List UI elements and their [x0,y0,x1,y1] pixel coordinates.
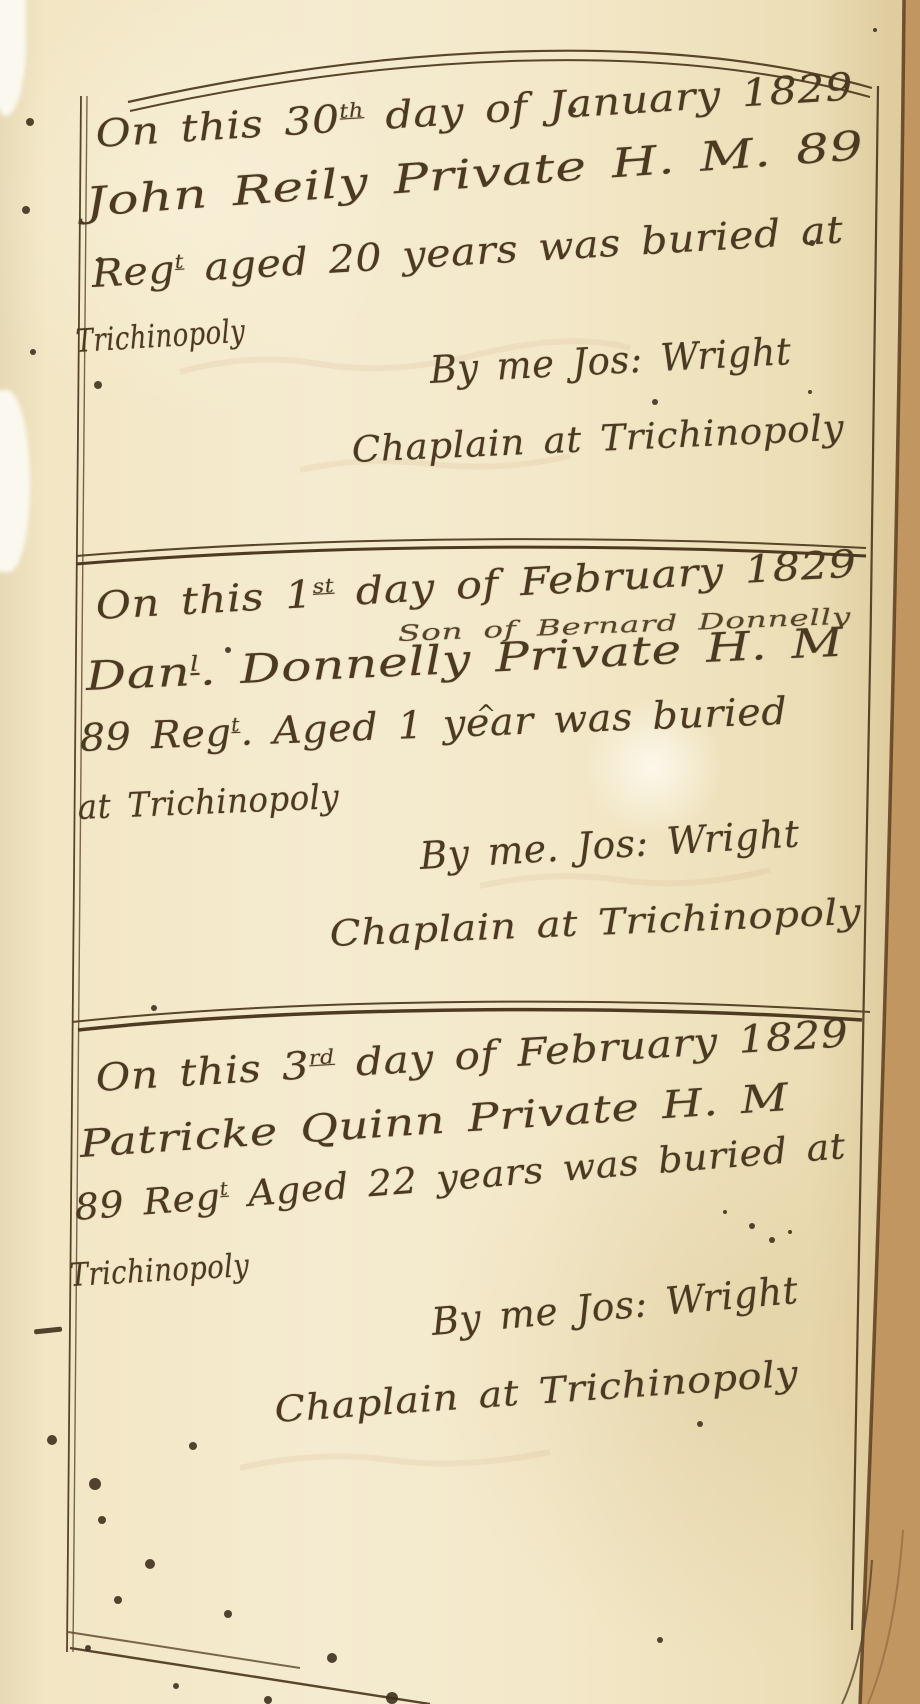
regiment-text: 89 Reg [79,710,232,760]
date-text: On this 30 [94,97,341,156]
ink-spot [652,399,658,405]
ink-spot [26,118,34,126]
entry-3-place-line: Trichinopoly [69,1246,250,1294]
entry-3-signature-line: By me Jos: Wright [430,1268,800,1344]
ink-spot [788,1230,792,1234]
deceased-name-text: Dan [85,649,192,700]
entry-2-signature-line: By me. Jos: Wright [418,811,800,877]
paper-damage-patch [0,390,30,572]
date-text: On this 1 [95,572,315,628]
ink-spot [94,381,102,389]
page-edge-line [860,0,904,1704]
ink-spot [657,1637,663,1643]
regiment-text: 89 Reg [73,1176,222,1229]
page-curl-line [868,1530,903,1704]
ink-spot [327,1653,337,1663]
ink-spot [386,1692,398,1704]
entry-1-signature-line: By me Jos: Wright [429,329,793,392]
ordinal-suffix: rd [308,1045,335,1069]
ink-spot [151,1005,157,1011]
ink-spot [173,1683,179,1689]
entry-2-chaplain-line: Chaplain at Trichinopoly [329,892,862,955]
ink-spot [873,28,877,32]
date-text: day of February 1829 [334,1011,850,1085]
entry-3-chaplain-line: Chaplain at Trichinopoly [273,1353,799,1431]
ink-spot [189,1442,197,1450]
ordinal-suffix: st [312,574,335,598]
ink-spot [47,1435,57,1445]
bottom-border-rule [68,1632,300,1668]
ink-spot [808,390,812,394]
date-text: On this 3 [94,1043,310,1100]
chaplain-text: Chaplain at Trichinopoly [329,892,862,955]
place-text: at Trichinopoly [77,777,340,828]
entry-1-regiment-line: Regt aged 20 years was buried at [90,207,844,296]
ink-dash [34,1327,62,1335]
ink-spot [723,1210,727,1214]
entry-1-chaplain-line: Chaplain at Trichinopoly [351,408,845,471]
ink-spot [749,1223,755,1229]
chaplain-text: Chaplain at Trichinopoly [273,1353,799,1431]
date-text: day of February 1829 [333,542,857,615]
bottom-border-rule [70,1648,430,1704]
chaplain-text: Chaplain at Trichinopoly [351,408,845,471]
regiment-text: aged 20 years was buried at [183,207,844,290]
right-border-rule [852,86,878,1630]
ink-spot [264,1696,272,1704]
regiment-text: . Aged 1 year was buried [239,689,788,754]
entry-2-place-line: at Trichinopoly [77,777,340,828]
ink-spot [30,349,36,355]
paper-damage-patch [0,0,26,116]
ink-spot [769,1237,775,1243]
regiment-text: Reg [90,247,176,296]
ink-spot [145,1559,155,1569]
place-text: Trichinopoly [69,1246,250,1294]
ordinal-suffix: th [339,98,365,122]
ink-spot [224,1610,232,1618]
signature-text: By me. Jos: Wright [418,811,800,877]
book-edge [860,0,920,1704]
ink-spot [89,1478,101,1490]
ink-spot [114,1596,122,1604]
signature-text: By me Jos: Wright [429,329,793,392]
entry-1-place-line: Trichinopoly [75,312,247,360]
place-text: Trichinopoly [75,312,247,360]
ink-spot [22,206,30,214]
signature-text: By me Jos: Wright [430,1268,800,1344]
bottom-right-curl-rule [842,1560,872,1704]
ink-spot [697,1421,703,1427]
ink-spot [85,1645,91,1651]
entry-2-regiment-line: 89 Regt. Aged 1 year was buried [79,689,788,760]
register-page: On this 30th day of January 1829 John Re… [0,0,920,1704]
ink-spot [98,1516,106,1524]
